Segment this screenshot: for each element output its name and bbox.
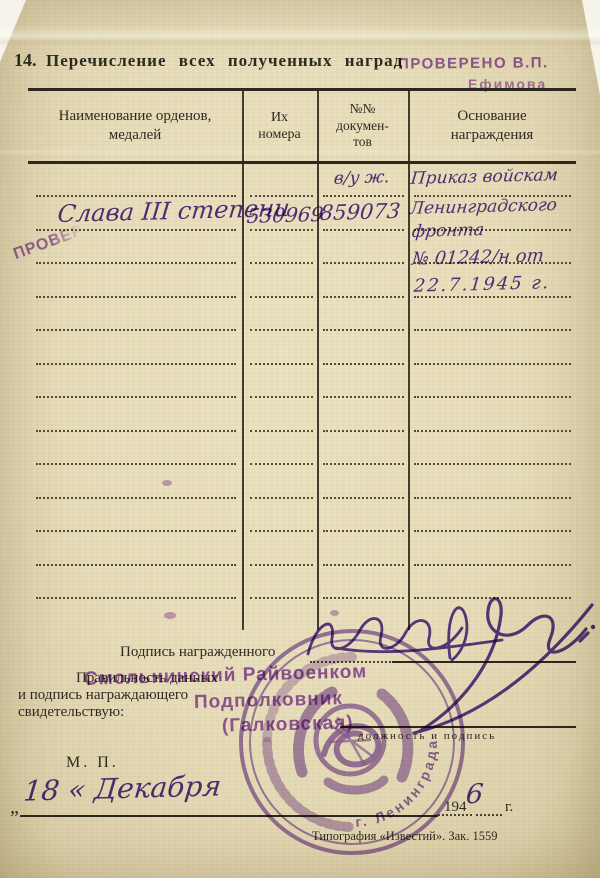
ruled-line-segment (36, 296, 236, 298)
ruled-line-segment (36, 463, 236, 465)
table-header-row: Наименование орденов, медалей Их номера … (28, 92, 576, 160)
ruled-line-segment (323, 195, 404, 197)
certify-text-line: свидетельствую: (18, 704, 124, 721)
ruled-line-segment (414, 363, 571, 365)
ruled-line-segment (250, 497, 313, 499)
ruled-line-segment (323, 430, 404, 432)
scan-corner-top-right (582, 0, 600, 95)
ruled-line-segment (36, 597, 236, 599)
ruled-line-segment (36, 564, 236, 566)
ruled-line-segment (323, 463, 404, 465)
official-signature (408, 583, 598, 738)
ruled-line-segment (414, 530, 571, 532)
ruled-line-segment (250, 296, 313, 298)
ruled-line-segment (323, 229, 404, 231)
page-title: Перечисление всех полученных наград (46, 51, 403, 71)
ruled-line-segment (323, 497, 404, 499)
col-header-numbers: Их номера (242, 92, 317, 160)
ruled-line-segment (414, 396, 571, 398)
ruled-line-segment (414, 329, 571, 331)
entry-basis-line: № 01242/н от (411, 245, 545, 269)
ruled-line-segment (250, 229, 313, 231)
document-page: 14. Перечисление всех полученных наград … (0, 0, 600, 878)
entry-basis-line: Ленинградского (409, 195, 558, 219)
ruled-line-segment (323, 329, 404, 331)
table-header-rule (28, 161, 576, 164)
ruled-line-segment (36, 262, 236, 264)
ruled-line-segment (36, 530, 236, 532)
ruled-line-segment (323, 564, 404, 566)
ruled-line-segment (414, 463, 571, 465)
ink-speck (164, 612, 176, 619)
table-top-rule (28, 88, 576, 91)
entry-document-number: 859073 (319, 199, 402, 225)
ruled-line-segment (414, 497, 571, 499)
ruled-line-segment (250, 329, 313, 331)
ruled-line-segment (414, 430, 571, 432)
ruled-line-segment (36, 363, 236, 365)
ink-speck (162, 480, 172, 486)
col-header-award-name: Наименование орденов, медалей (28, 92, 242, 160)
ruled-line-segment (36, 497, 236, 499)
ruled-line-segment (250, 363, 313, 365)
ruled-line-segment (250, 530, 313, 532)
ruled-line-segment (250, 262, 313, 264)
ruled-line-segment (323, 530, 404, 532)
date-handwritten: 18 « Декабря (22, 769, 223, 807)
entry-basis-line: Приказ войскам (410, 165, 559, 189)
ruled-line-segment (36, 396, 236, 398)
ruled-line-segment (250, 430, 313, 432)
entry-award-number: 530969 (246, 202, 325, 228)
ruled-line-segment (323, 296, 404, 298)
date-open-quote: „ (10, 796, 19, 819)
entry-document-note: в/у ж. (333, 167, 391, 188)
seal-place-mark: М. П. (66, 754, 119, 772)
ruled-line-segment (323, 363, 404, 365)
table-vertical-rule (317, 91, 319, 630)
col-header-documents: №№ докумен- тов (317, 92, 408, 160)
ruled-line-segment (323, 396, 404, 398)
date-year-suffix: г. (505, 799, 513, 816)
section-number: 14. (14, 50, 37, 71)
table-vertical-rule (242, 91, 244, 630)
ruled-line-segment (36, 430, 236, 432)
ruled-line-segment (36, 329, 236, 331)
ruled-line-segment (250, 564, 313, 566)
ruled-line-segment (250, 463, 313, 465)
table-vertical-rule (408, 91, 410, 630)
entry-basis-line: 22.7.1945 г. (413, 272, 552, 297)
ruled-line-segment (414, 564, 571, 566)
paper-crease (0, 26, 600, 46)
verified-stamp-line1: ПРОВЕРЕНО В.П. (398, 54, 549, 72)
ruled-line-segment (250, 396, 313, 398)
date-year-dots (476, 814, 502, 816)
col-header-basis: Основание награждения (408, 92, 576, 160)
entry-basis-line: фронта (411, 220, 485, 242)
ruled-line-segment (323, 262, 404, 264)
